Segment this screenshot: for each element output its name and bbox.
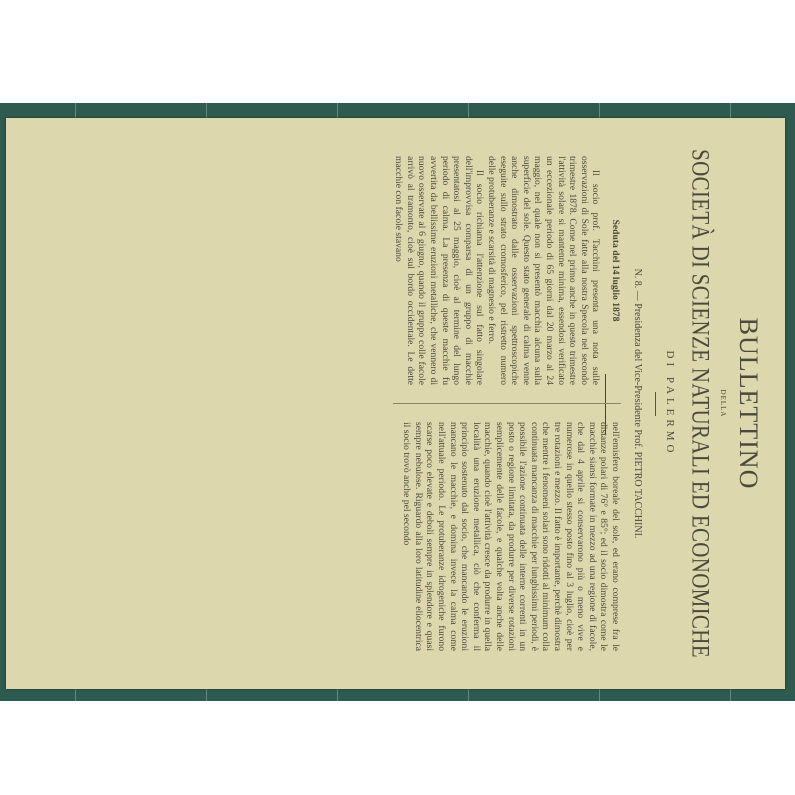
left-column: Seduta del 14 luglio 1878 Il socio prof.… bbox=[393, 156, 621, 385]
body-columns: Seduta del 14 luglio 1878 Il socio prof.… bbox=[393, 156, 621, 651]
paragraph: nell'emisfero boreale del sole, ed erano… bbox=[401, 422, 621, 651]
paragraph: Il socio richiama l'attenzione sul fatto… bbox=[393, 156, 486, 385]
society-name: SOCIETÀ DI SCIENZE NATURALI ED ECONOMICH… bbox=[686, 118, 716, 689]
della-label: DELLA bbox=[719, 118, 727, 689]
page-content-rotated: BULLETTINO DELLA SOCIETÀ DI SCIENZE NATU… bbox=[12, 118, 791, 689]
page-header: BULLETTINO DELLA SOCIETÀ DI SCIENZE NATU… bbox=[605, 118, 783, 689]
city-name: DI PALERMO bbox=[664, 118, 676, 689]
scanned-page: BULLETTINO DELLA SOCIETÀ DI SCIENZE NATU… bbox=[6, 118, 785, 689]
bulletin-title: BULLETTINO bbox=[733, 118, 763, 689]
presidency-line: N. 8. — Presidenza del Vice-Presidente P… bbox=[632, 118, 643, 689]
right-column: nell'emisfero boreale del sole, ed erano… bbox=[393, 422, 621, 651]
session-heading: Seduta del 14 luglio 1878 bbox=[609, 156, 621, 385]
header-rule bbox=[655, 392, 656, 416]
paragraph: Il socio prof. Tacchini presenta una not… bbox=[485, 156, 601, 385]
column-divider bbox=[393, 403, 621, 404]
